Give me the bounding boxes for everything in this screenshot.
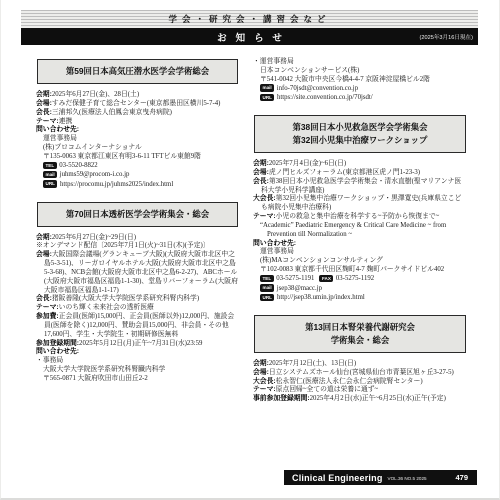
notice-date: (2025年3月16日現在) (420, 33, 473, 41)
journal-logo: Clinical Engineering (292, 473, 383, 483)
contact-value: jsep38@macc.jp (277, 285, 322, 292)
text-line: 〒565-0871 大阪府吹田市山田丘2-2 (36, 375, 239, 384)
field-line: 事前参加登録期間:2025年4月2日(水)正午~6月25日(水)正午(予定) (253, 395, 467, 404)
contact-line: URLhttp://jsep38.umin.jp/index.html (253, 294, 467, 303)
text-line: ※オンデマンド配信〔2025年7月1日(火)~31日(木)(予定)〕 (36, 242, 239, 251)
field-line: 参加費:正会員(医師)15,000円、正会員(医師以外)12,000円、施設会員… (36, 313, 239, 339)
field-value: 連携 (59, 118, 73, 125)
contact-line: mailjsep38@macc.jp (253, 284, 467, 293)
field-line: テーマ:連携 (36, 118, 239, 127)
left-column: 第59回日本高気圧潜水医学会学術総会会期:2025年6月27日(金)、28日(土… (36, 58, 239, 396)
section-title-box: 第13回日本腎栄養代謝研究会学術集会・総会 (254, 315, 466, 353)
url-icon: URL (43, 180, 57, 188)
section-title-box: 第59回日本高気圧潜水医学会学術総会 (37, 59, 238, 84)
contact-value: 03-5520-8822 (59, 162, 98, 169)
tel-icon: TEL (260, 275, 274, 283)
announcement-section: 第13回日本腎栄養代謝研究会学術集会・総会会期:2025年7月12日(土)、13… (253, 315, 467, 404)
announcement-section: ・運営事務局日本コンベンションサービス(株)〒541-0042 大阪市中央区今橋… (253, 58, 467, 103)
field-value: 虎ノ門ヒルズフォーラム(東京都港区虎ノ門1-23-3) (269, 169, 420, 176)
text-line: “Academic” Paediatric Emergency & Critic… (253, 222, 467, 240)
field-value: 2025年6月27日(金)~29日(日) (52, 234, 136, 241)
field-line: 会場:すみだ保健子育て総合センター(東京都墨田区横川5-7-4) (36, 100, 239, 109)
magazine-page: 学会・研究会・講習会など お知らせ (2025年3月16日現在) 第59回日本高… (0, 0, 500, 500)
section-title-line: 第70回日本透析医学会学術集会・総会 (40, 208, 235, 221)
field-value: 第32回小児集中治療ワークショップ・黒澤寛史(兵庫県立こども病院小児集中治療科) (261, 195, 461, 211)
contact-line: TEL03-5520-8822 (36, 162, 239, 171)
contact-value: 03-5275-1191 (276, 275, 314, 282)
field-line: 会場:大阪国際会議場(グランキューブ大阪)(大阪府大阪市北区中之島5-3-51)… (36, 251, 239, 295)
field-value: 2025年7月12日(土)、13日(日) (269, 360, 356, 367)
announcement-section: 第59回日本高気圧潜水医学会学術総会会期:2025年6月27日(金)、28日(土… (36, 59, 239, 190)
field-label: 問い合わせ先: (36, 126, 79, 133)
field-label: 参加登録期間: (36, 340, 79, 347)
contact-value: http://jsep38.umin.jp/index.html (277, 294, 365, 301)
field-label: 会場: (253, 369, 269, 376)
field-value: 2025年6月27日(金)、28日(土) (52, 91, 139, 98)
text-line: ・事務局 (36, 357, 239, 366)
field-value: 原点回帰~全ての道は栄養に通ず~ (276, 386, 379, 393)
text-line: 日本コンベンションサービス(株) (253, 67, 467, 76)
right-column: ・運営事務局日本コンベンションサービス(株)〒541-0042 大阪市中央区今橋… (253, 58, 467, 416)
contact-line: mailinfo-70jsdt@convention.co.jp (253, 84, 467, 93)
field-label: 事前参加登録期間: (253, 395, 310, 402)
text-line: 〒135-0063 東京都江東区有明3-6-11 TFTビル東館9階 (36, 153, 239, 162)
field-label: 会場: (36, 100, 52, 107)
field-line: 会長:第38回日本小児救急医学会学術集会・清水直樹(聖マリアンナ医科大学小児科学… (253, 178, 467, 196)
field-value: 日立システムズホール仙台(宮城県仙台市青葉区旭ヶ丘3-27-5) (269, 369, 454, 376)
field-line: 大会長:第32回小児集中治療ワークショップ・黒澤寛史(兵庫県立こども病院小児集中… (253, 195, 467, 213)
section-title-line: 第32回小児集中治療ワークショップ (257, 134, 463, 147)
url-icon: URL (260, 294, 274, 302)
text-line: 大阪大学大学院医学系研究科腎臓内科学 (36, 366, 239, 375)
contact-line: URLhttps://site.convention.co.jp/70jsdt/ (253, 94, 467, 103)
text-line: 運営事務局 (36, 135, 239, 144)
contact-value: https://procomu.jp/juhms2025/index.html (60, 181, 173, 188)
mail-icon: mail (260, 84, 274, 92)
text-line: 〒541-0042 大阪市中央区今橋4-4-7 京阪神淀屋橋ビル2階 (253, 76, 467, 85)
journal-issue: VOL.36 NO.5 2025 (388, 476, 427, 481)
field-label: 会場: (36, 251, 52, 258)
field-label: テーマ: (253, 213, 276, 220)
field-value: 2025年4月2日(水)正午~6月25日(水)正午(予定) (310, 395, 446, 402)
fax-icon: FAX (319, 275, 333, 283)
field-line: 会場:虎ノ門ヒルズフォーラム(東京都港区虎ノ門1-23-3) (253, 169, 467, 178)
mail-icon: mail (43, 171, 57, 179)
field-label: 会期: (36, 234, 52, 241)
text-line: ・運営事務局 (253, 58, 467, 67)
url-icon: URL (260, 94, 274, 102)
section-title-box: 第38回日本小児救急医学会学術集会第32回小児集中治療ワークショップ (254, 115, 466, 153)
section-title-line: 第13回日本腎栄養代謝研究会 (257, 321, 463, 334)
field-label: 問い合わせ先: (36, 348, 79, 355)
contact-line: mailjuhms59@procom-i.co.jp (36, 171, 239, 180)
field-label: 会長: (253, 178, 269, 185)
field-value: 第38回日本小児救急医学会学術集会・清水直樹(聖マリアンナ医科大学小児科学講座) (261, 178, 461, 194)
field-label: テーマ: (36, 118, 59, 125)
field-label: 問い合わせ先: (253, 240, 296, 247)
text-line: 運営事務局 (253, 248, 467, 257)
category-header-label: 学会・研究会・講習会など (164, 13, 334, 25)
contact-value: juhms59@procom-i.co.jp (60, 171, 130, 178)
section-title-line: 第38回日本小児救急医学会学術集会 (257, 121, 463, 134)
page-number: 479 (455, 473, 468, 482)
field-label: 大会長: (253, 195, 276, 202)
field-label: 会長: (36, 295, 52, 302)
field-value: 大阪国際会議場(グランキューブ大阪)(大阪府大阪市北区中之島5-3-51)、リー… (44, 251, 238, 293)
field-value: 三浦邦久(医療法人伯鳳会東京曳舟病院) (52, 109, 172, 116)
field-label: 会場: (253, 169, 269, 176)
footer-bar: Clinical Engineering VOL.36 NO.5 2025 47… (284, 470, 477, 485)
section-title-line: 第59回日本高気圧潜水医学会学術総会 (40, 65, 235, 78)
announcement-section: 第38回日本小児救急医学会学術集会第32回小児集中治療ワークショップ会期:202… (253, 115, 467, 303)
field-value: 松永智仁(医療法人永仁会永仁会病院腎センター) (276, 378, 423, 385)
field-label: 会長: (36, 109, 52, 116)
field-value: 正会員(医師)15,000円、正会員(医師以外)12,000円、施設会員(医師を… (44, 313, 234, 338)
contact-line: TEL03-5275-1191FAX03-5275-1192 (253, 275, 467, 284)
section-title-box: 第70回日本透析医学会学術集会・総会 (37, 202, 238, 227)
text-line: (株)プロコムインターナショナル (36, 144, 239, 153)
field-line: 会長:三浦邦久(医療法人伯鳳会東京曳舟病院) (36, 109, 239, 118)
field-value: 2025年5月12日(月)正午~7月31日(水)23:59 (79, 340, 202, 347)
field-line: 会期:2025年6月27日(金)、28日(土) (36, 91, 239, 100)
contact-value: 03-5275-1192 (336, 275, 374, 282)
mail-icon: mail (260, 284, 274, 292)
field-label: 会期: (36, 91, 52, 98)
contact-value: https://site.convention.co.jp/70jsdt/ (277, 94, 373, 101)
notice-header-bar: お知らせ (2025年3月16日現在) (21, 28, 478, 45)
field-value: 小児の救急と集中治療を科学する~予防から恢復まで~ (276, 213, 440, 220)
field-line: 問い合わせ先: (36, 348, 239, 357)
field-line: 会期:2025年7月12日(土)、13日(日) (253, 360, 467, 369)
contact-line: URLhttps://procomu.jp/juhms2025/index.ht… (36, 180, 239, 189)
section-title-line: 学術集会・総会 (257, 334, 463, 347)
category-header-bar: 学会・研究会・講習会など (21, 10, 478, 28)
field-label: テーマ: (253, 386, 276, 393)
field-line: 問い合わせ先: (36, 126, 239, 135)
field-label: 大会長: (253, 378, 276, 385)
field-line: テーマ:小児の救急と集中治療を科学する~予防から恢復まで~ (253, 213, 467, 222)
field-line: 会場:日立システムズホール仙台(宮城県仙台市青葉区旭ヶ丘3-27-5) (253, 369, 467, 378)
field-label: 参加費: (36, 313, 59, 320)
text-line: 〒102-0083 東京都千代田区麹町4-7 麹町パークサイドビル402 (253, 266, 467, 275)
field-value: すみだ保健子育て総合センター(東京都墨田区横川5-7-4) (52, 100, 221, 107)
field-line: 会長:猪阪善隆(大阪大学大学院医学系研究科腎内科学) (36, 295, 239, 304)
field-label: 会期: (253, 360, 269, 367)
field-line: 会期:2025年7月4日(金)~6日(日) (253, 160, 467, 169)
field-value: 猪阪善隆(大阪大学大学院医学系研究科腎内科学) (52, 295, 199, 302)
field-label: 会期: (253, 160, 269, 167)
field-label: テーマ: (36, 304, 59, 311)
contact-value: info-70jsdt@convention.co.jp (277, 85, 358, 92)
field-value: 2025年7月4日(金)~6日(日) (269, 160, 346, 167)
text-line: (株)MAコンベンションコンサルティング (253, 257, 467, 266)
field-value: いのち輝く未来社会の透析医療 (59, 304, 154, 311)
field-line: テーマ:いのち輝く未来社会の透析医療 (36, 304, 239, 313)
tel-icon: TEL (43, 162, 57, 170)
field-line: テーマ:原点回帰~全ての道は栄養に通ず~ (253, 386, 467, 395)
notice-title: お知らせ (208, 30, 291, 44)
announcement-section: 第70回日本透析医学会学術集会・総会会期:2025年6月27日(金)~29日(日… (36, 202, 239, 384)
